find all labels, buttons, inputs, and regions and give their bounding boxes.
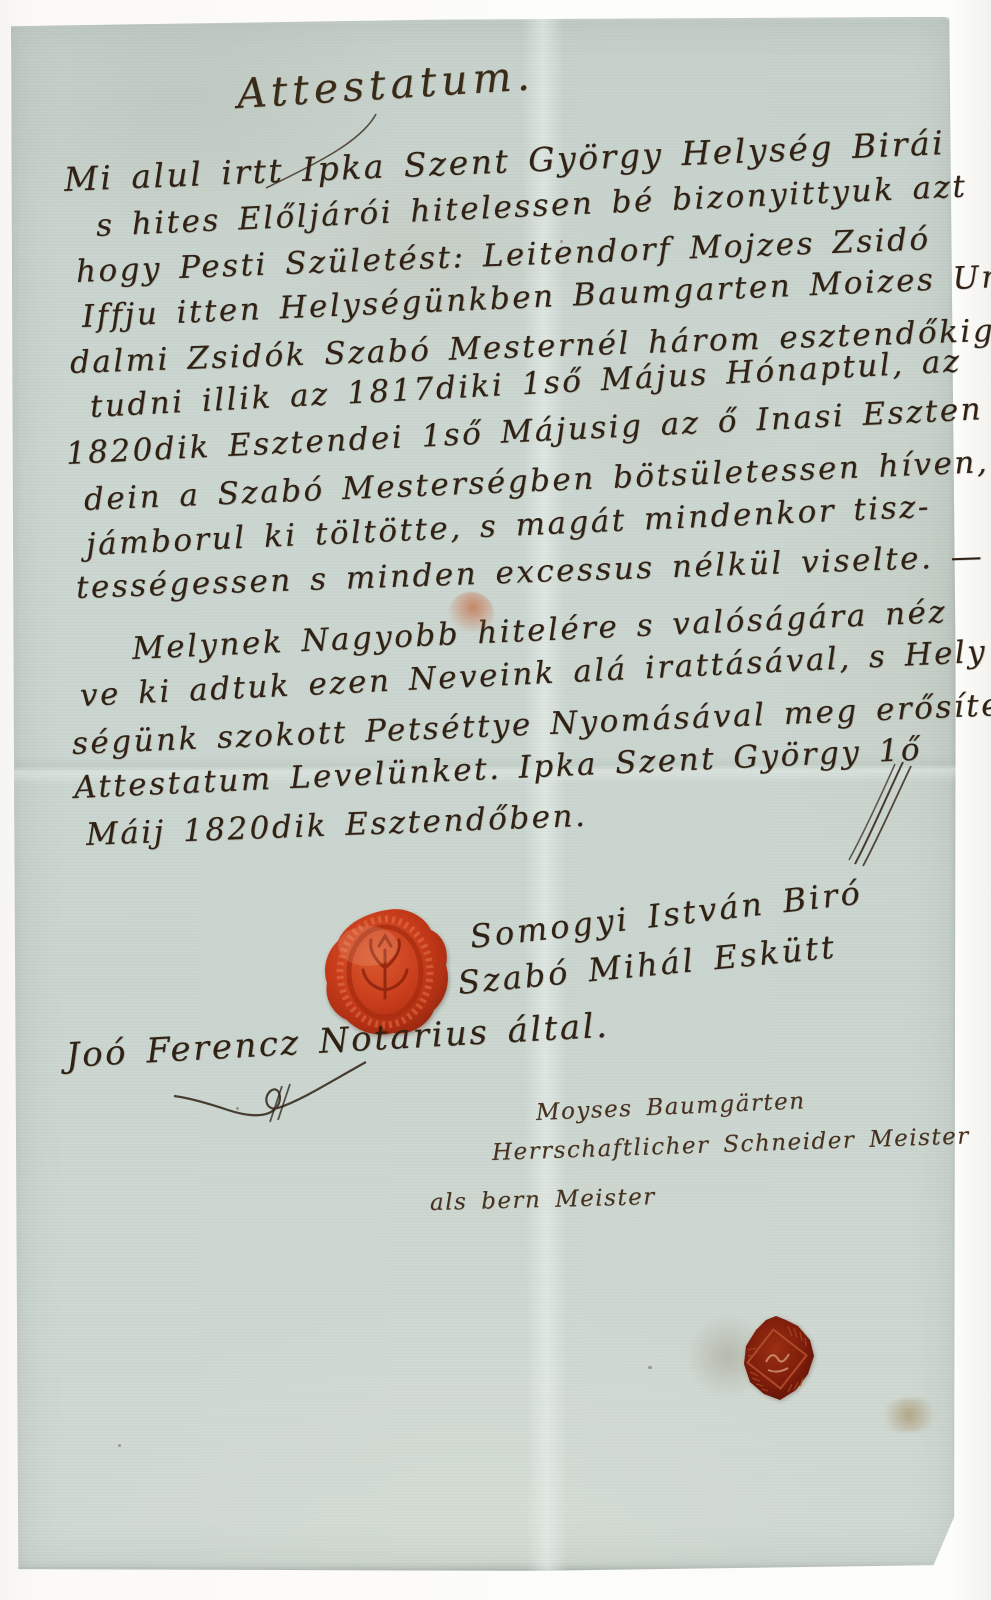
diamond-dark-wax-seal-icon xyxy=(736,1314,820,1406)
scanned-document: Attestatum. Mi alul irtt Ipka Szent Györ… xyxy=(0,0,991,1600)
paraph-flourish xyxy=(845,760,915,870)
paper-speck xyxy=(648,1366,652,1369)
paper-speck xyxy=(560,240,563,243)
signature-flourish xyxy=(170,1056,370,1126)
paper-speck xyxy=(236,1107,239,1110)
paper-speck xyxy=(118,1444,121,1447)
